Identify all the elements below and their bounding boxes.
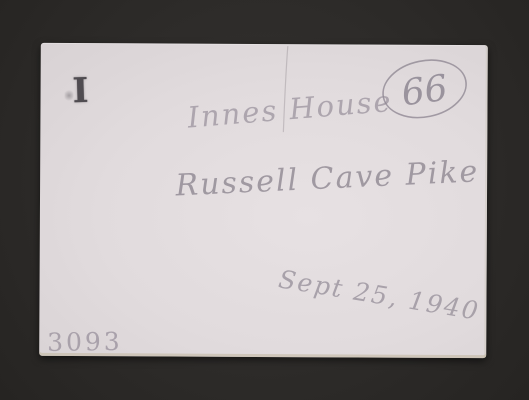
caption-line2: Russell Cave Pike bbox=[174, 154, 480, 203]
catalog-number: 3093 bbox=[47, 327, 123, 357]
handwritten-annotations: Innes House 66 Russell Cave Pike Sept 25… bbox=[39, 43, 488, 358]
photo-backdrop: I Innes House 66 Russell Cave Pike Sept … bbox=[0, 0, 529, 400]
caption-line1: Innes House bbox=[185, 84, 394, 135]
date-annotation: Sept 25, 1940 bbox=[277, 264, 482, 325]
photo-card: I Innes House 66 Russell Cave Pike Sept … bbox=[39, 43, 488, 358]
circled-number: 66 bbox=[399, 68, 450, 115]
